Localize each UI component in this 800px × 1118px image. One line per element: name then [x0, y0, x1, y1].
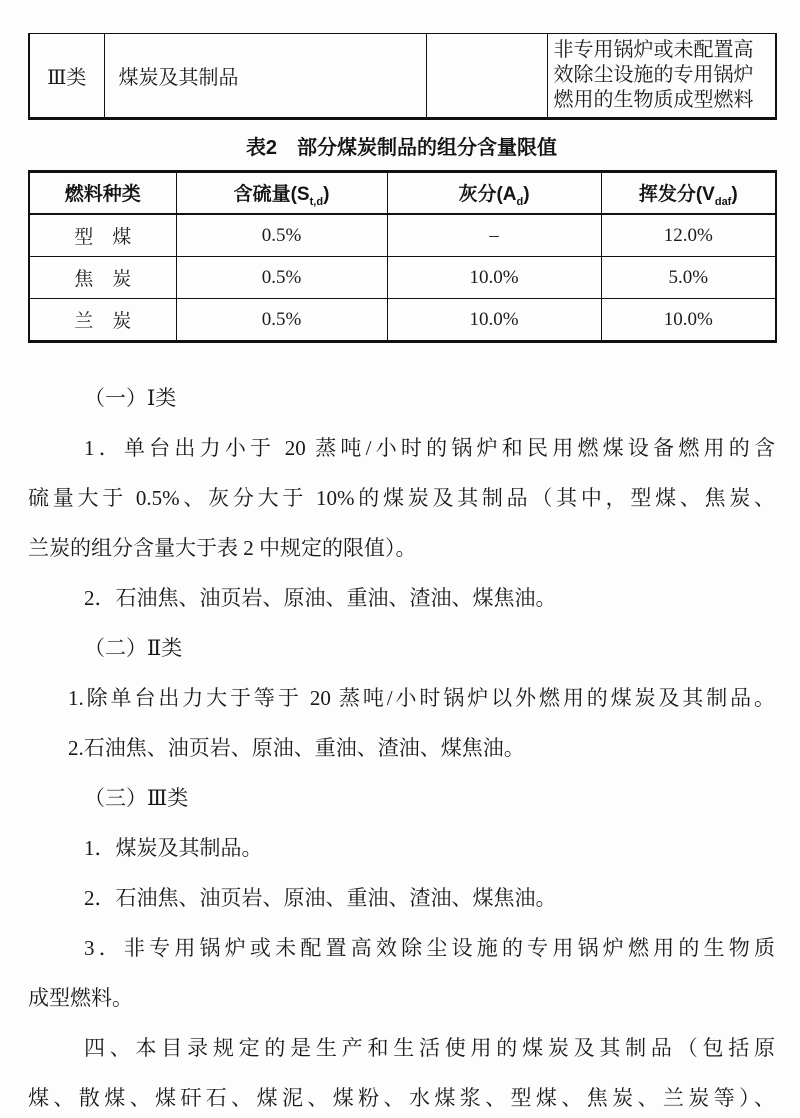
continuation-table: Ⅲ类 煤炭及其制品 非专用锅炉或未配置高效除尘设施的专用锅炉燃用的生物质成型燃料	[28, 33, 777, 120]
fuel-cell: 焦 炭	[29, 257, 176, 299]
empty-cell	[426, 34, 547, 119]
body-line: 硫量大于 0.5%、灰分大于 10%的煤炭及其制品（其中，型煤、焦炭、	[28, 473, 775, 523]
table-row: 型 煤 0.5% – 12.0%	[29, 214, 776, 257]
body-line: 四、本目录规定的是生产和生活使用的煤炭及其制品（包括原	[28, 1023, 775, 1073]
volatile-cell: 12.0%	[601, 214, 776, 257]
ash-cell: 10.0%	[387, 299, 601, 342]
body-line: 1．单台出力小于 20 蒸吨/小时的锅炉和民用燃煤设备燃用的含	[28, 423, 775, 473]
body-line: 2．石油焦、油页岩、原油、重油、渣油、煤焦油。	[28, 873, 775, 923]
body-line: 1．煤炭及其制品。	[28, 823, 775, 873]
header-fuel-type: 燃料种类	[29, 172, 176, 215]
fuel-name-cell: 煤炭及其制品	[104, 34, 426, 119]
body-line: 3．非专用锅炉或未配置高效除尘设施的专用锅炉燃用的生物质	[28, 923, 775, 973]
table2-title: 表2 部分煤炭制品的组分含量限值	[28, 136, 775, 160]
table2-header-row: 燃料种类 含硫量(St,d) 灰分(Ad) 挥发分(Vdaf)	[29, 172, 776, 215]
body-line: 兰炭的组分含量大于表 2 中规定的限值）。	[28, 523, 775, 573]
body-text: （一）Ⅰ类 1．单台出力小于 20 蒸吨/小时的锅炉和民用燃煤设备燃用的含 硫量…	[28, 373, 775, 1118]
header-sulfur: 含硫量(St,d)	[176, 172, 387, 215]
ash-cell: –	[387, 214, 601, 257]
table-row: 焦 炭 0.5% 10.0% 5.0%	[29, 257, 776, 299]
section-heading: （一）Ⅰ类	[28, 373, 775, 423]
category-cell: Ⅲ类	[29, 34, 104, 119]
page-content: Ⅲ类 煤炭及其制品 非专用锅炉或未配置高效除尘设施的专用锅炉燃用的生物质成型燃料…	[28, 33, 775, 1118]
body-line: 成型燃料。	[28, 973, 775, 1023]
table-row: Ⅲ类 煤炭及其制品 非专用锅炉或未配置高效除尘设施的专用锅炉燃用的生物质成型燃料	[29, 34, 776, 119]
body-line: 2.石油焦、油页岩、原油、重油、渣油、煤焦油。	[28, 723, 775, 773]
table-row: 兰 炭 0.5% 10.0% 10.0%	[29, 299, 776, 342]
sulfur-cell: 0.5%	[176, 257, 387, 299]
section-heading: （二）Ⅱ类	[28, 623, 775, 673]
header-volatile: 挥发分(Vdaf)	[601, 172, 776, 215]
sulfur-cell: 0.5%	[176, 299, 387, 342]
body-line: 1.除单台出力大于等于 20 蒸吨/小时锅炉以外燃用的煤炭及其制品。	[28, 673, 775, 723]
ash-cell: 10.0%	[387, 257, 601, 299]
note-cell: 非专用锅炉或未配置高效除尘设施的专用锅炉燃用的生物质成型燃料	[547, 34, 776, 119]
document-page: Ⅲ类 煤炭及其制品 非专用锅炉或未配置高效除尘设施的专用锅炉燃用的生物质成型燃料…	[0, 0, 800, 1118]
body-line: 2．石油焦、油页岩、原油、重油、渣油、煤焦油。	[28, 573, 775, 623]
section-heading: （三）Ⅲ类	[28, 773, 775, 823]
volatile-cell: 10.0%	[601, 299, 776, 342]
table2: 燃料种类 含硫量(St,d) 灰分(Ad) 挥发分(Vdaf) 型 煤 0.5%…	[28, 170, 777, 343]
volatile-cell: 5.0%	[601, 257, 776, 299]
fuel-cell: 兰 炭	[29, 299, 176, 342]
fuel-cell: 型 煤	[29, 214, 176, 257]
body-line: 煤、散煤、煤矸石、煤泥、煤粉、水煤浆、型煤、焦炭、兰炭等）、	[28, 1073, 775, 1118]
header-ash: 灰分(Ad)	[387, 172, 601, 215]
sulfur-cell: 0.5%	[176, 214, 387, 257]
